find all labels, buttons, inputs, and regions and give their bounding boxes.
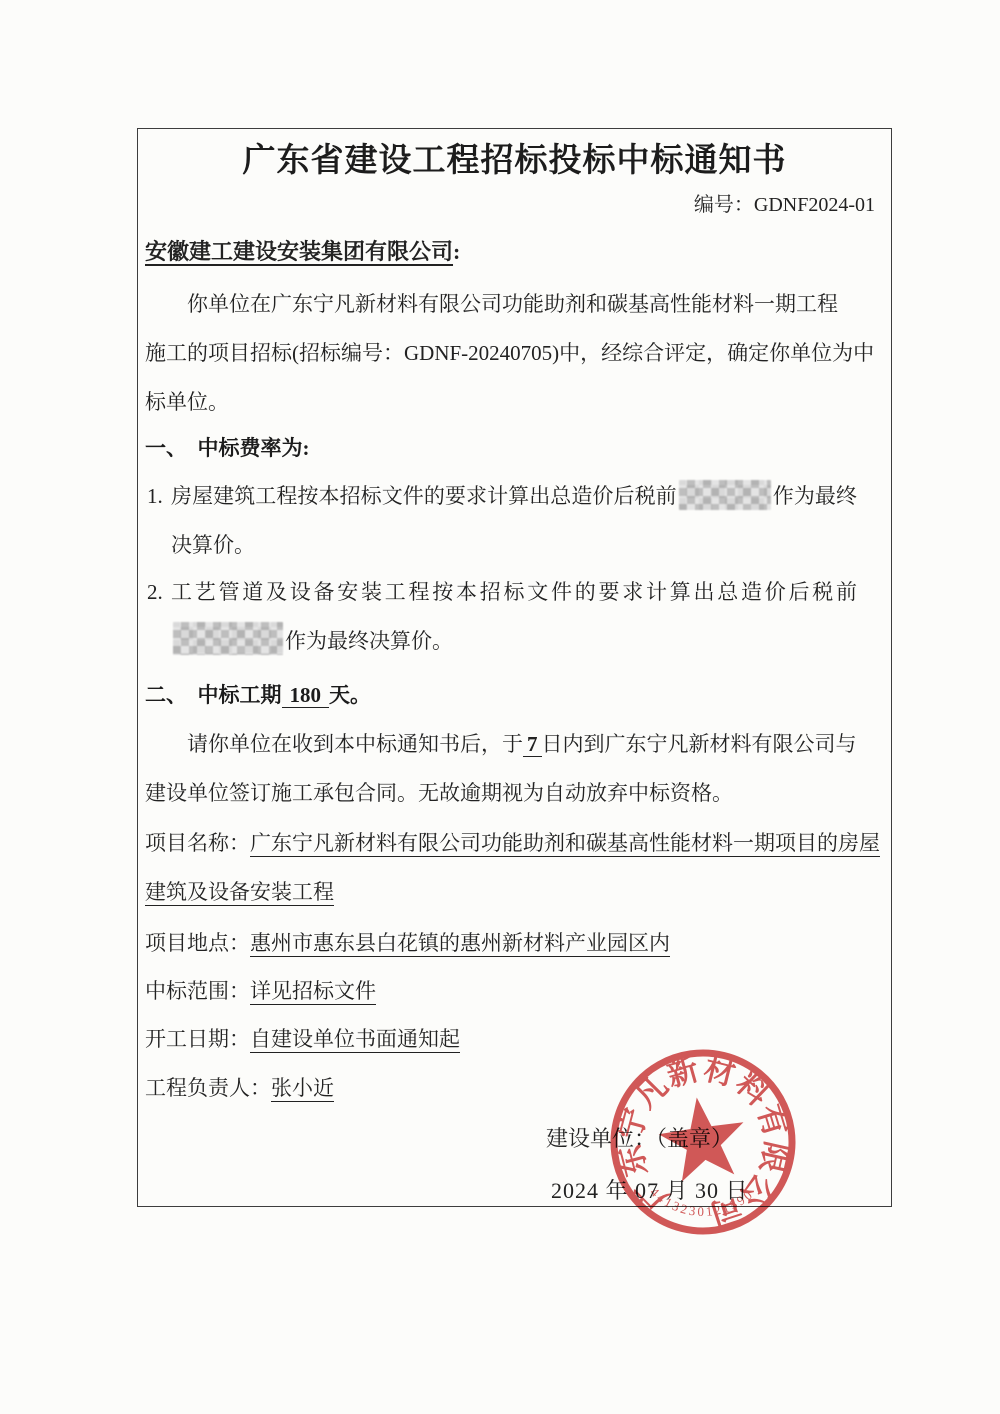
section2-prefix: 二、 中标工期	[145, 683, 282, 707]
field-row-project-location: 项目地点：惠州市惠东县白花镇的惠州新材料产业园区内	[145, 919, 881, 968]
intro-line: 施工的项目招标(招标编号：GDNF-20240705)中，经综合评定，确定你单位…	[145, 329, 875, 378]
company-seal: 广东宁凡新材料有限公司 4413230121590	[556, 995, 850, 1289]
notice-days: 7	[523, 732, 542, 757]
notice-paragraph: 请你单位在收到本中标通知书后，于7日内到广东宁凡新材料有限公司与建设单位签订施工…	[145, 720, 857, 818]
field-value: 广东宁凡新材料有限公司功能助剂和碳基高性能材料一期项目的房屋建筑及设备安装工程	[145, 831, 880, 904]
item-number: 1.	[147, 472, 163, 521]
bid-rate-item-2: 2.工艺管道及设备安装工程按本招标文件的要求计算出总造价后税前作为最终决算价。	[145, 568, 857, 666]
field-value: 惠州市惠东县白花镇的惠州新材料产业园区内	[250, 931, 670, 955]
field-label: 中标范围：	[145, 979, 250, 1003]
section1-heading: 一、 中标费率为:	[145, 424, 310, 473]
intro-line: 标单位。	[145, 378, 875, 427]
item-text-before-redaction: 房屋建筑工程按本招标文件的要求计算出总造价后税前	[171, 484, 677, 508]
item-text-before-redaction: 工艺管道及设备安装工程按本招标文件的要求计算出总造价后税前	[171, 580, 857, 604]
field-row-project-name: 项目名称：广东宁凡新材料有限公司功能助剂和碳基高性能材料一期项目的房屋建筑及设备…	[145, 819, 881, 917]
item-text-after-redaction: 作为最终决算价。	[285, 629, 453, 653]
field-label: 开工日期：	[145, 1027, 250, 1051]
addressee-colon: :	[453, 239, 460, 264]
document-number: 编号：GDNF2024-01	[694, 185, 875, 225]
field-label: 项目名称：	[145, 831, 250, 855]
scanned-document-page: 广东省建设工程招标投标中标通知书 编号：GDNF2024-01 安徽建工建设安装…	[0, 0, 1000, 1414]
field-value: 自建设单位书面通知起	[250, 1027, 460, 1051]
addressee-line: 安徽建工建设安装集团有限公司:	[145, 227, 460, 276]
intro-line: 你单位在广东宁凡新材料有限公司功能助剂和碳基高性能材料一期工程	[145, 280, 875, 329]
section2-suffix: 天。	[329, 683, 371, 707]
contract-duration-days: 180	[282, 683, 330, 708]
item-number: 2.	[147, 568, 163, 617]
redaction-mosaic	[173, 622, 283, 655]
field-value: 张小近	[271, 1076, 334, 1100]
addressee-company-name: 安徽建工建设安装集团有限公司	[145, 239, 453, 264]
notice-text-before: 请你单位在收到本中标通知书后，于	[187, 732, 523, 756]
seal-star	[654, 1091, 750, 1184]
bid-rate-item-1: 1.房屋建筑工程按本招标文件的要求计算出总造价后税前作为最终决算价。	[145, 472, 857, 570]
document-title: 广东省建设工程招标投标中标通知书	[138, 133, 891, 189]
section2-heading: 二、 中标工期180天。	[145, 671, 371, 720]
redaction-mosaic	[679, 480, 771, 510]
field-value: 详见招标文件	[250, 979, 376, 1003]
document-border-frame: 广东省建设工程招标投标中标通知书 编号：GDNF2024-01 安徽建工建设安装…	[137, 128, 892, 1207]
intro-paragraph: 你单位在广东宁凡新材料有限公司功能助剂和碳基高性能材料一期工程 施工的项目招标(…	[145, 280, 875, 427]
field-label: 工程负责人：	[145, 1076, 271, 1100]
field-label: 项目地点：	[145, 931, 250, 955]
